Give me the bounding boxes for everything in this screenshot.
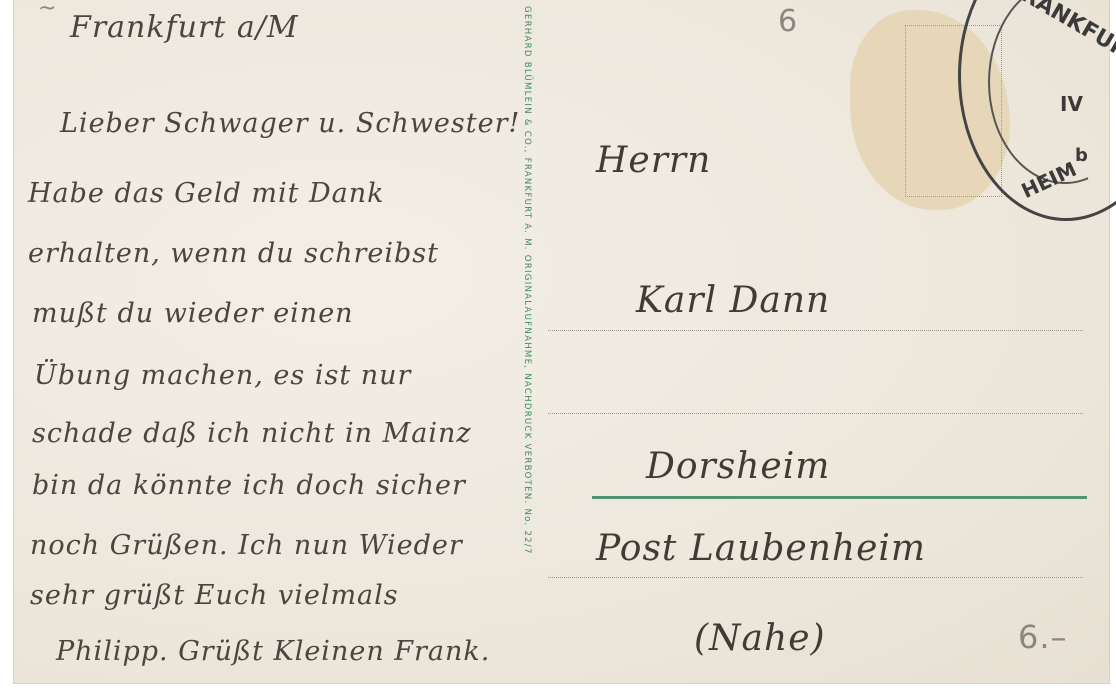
message-line: sehr grüßt Euch vielmals (30, 580, 399, 611)
pencil-number: 6 (778, 4, 798, 39)
message-line: Philipp. Grüßt Kleinen Frank. (56, 636, 490, 667)
message-line: Lieber Schwager u. Schwester! (60, 108, 520, 139)
message-line: schade daß ich nicht in Mainz (32, 418, 472, 449)
postmark-code: IV (1060, 92, 1083, 116)
address-post-office: Post Laubenheim (596, 528, 926, 569)
postmark-letter: b (1075, 145, 1088, 166)
message-line: erhalten, wenn du schreibst (28, 238, 439, 269)
address-name: Karl Dann (636, 280, 830, 321)
address-line (548, 330, 1083, 331)
pencil-price: 6.– (1018, 618, 1068, 656)
message-line: Übung machen, es ist nur (34, 360, 411, 391)
message-line: mußt du wieder einen (32, 298, 354, 329)
town-underline (592, 496, 1087, 499)
message-line: noch Grüßen. Ich nun Wieder (30, 530, 463, 561)
address-line (548, 577, 1083, 578)
corner-mark: ~ (38, 0, 57, 21)
place-date: Frankfurt a/M (70, 10, 299, 45)
address-salutation: Herrn (596, 140, 711, 181)
message-line: bin da könnte ich doch sicher (32, 470, 466, 501)
message-line: Habe das Geld mit Dank (28, 178, 385, 209)
publisher-imprint: GERHARD BLÜMLEIN & CO., FRANKFURT A. M. … (522, 6, 532, 555)
address-region: (Nahe) (694, 618, 826, 659)
address-town: Dorsheim (646, 446, 830, 487)
address-line (548, 413, 1083, 414)
